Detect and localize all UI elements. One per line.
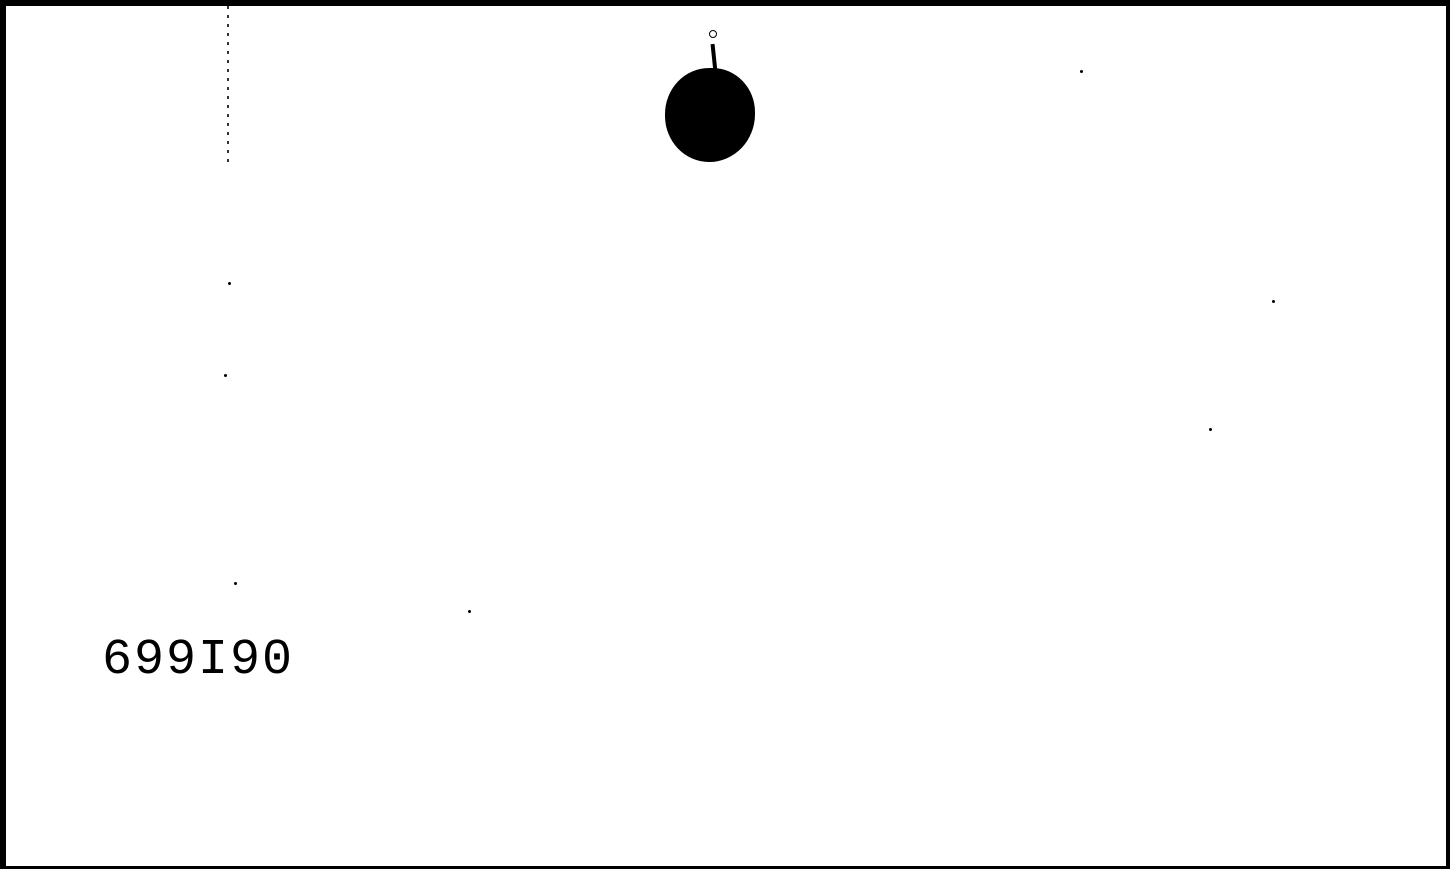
fold-line bbox=[227, 6, 229, 166]
scan-speck bbox=[228, 282, 231, 285]
scan-speck bbox=[234, 582, 237, 585]
card-number: 699I90 bbox=[102, 636, 294, 686]
punched-hole bbox=[665, 68, 755, 162]
scan-speck bbox=[1080, 70, 1083, 73]
scan-speck bbox=[1272, 300, 1275, 303]
scan-speck bbox=[468, 610, 471, 613]
scan-speck bbox=[1209, 428, 1212, 431]
scan-speck bbox=[224, 374, 227, 377]
hole-mark-icon bbox=[709, 30, 717, 38]
scanned-card: 699I90 bbox=[6, 6, 1446, 866]
